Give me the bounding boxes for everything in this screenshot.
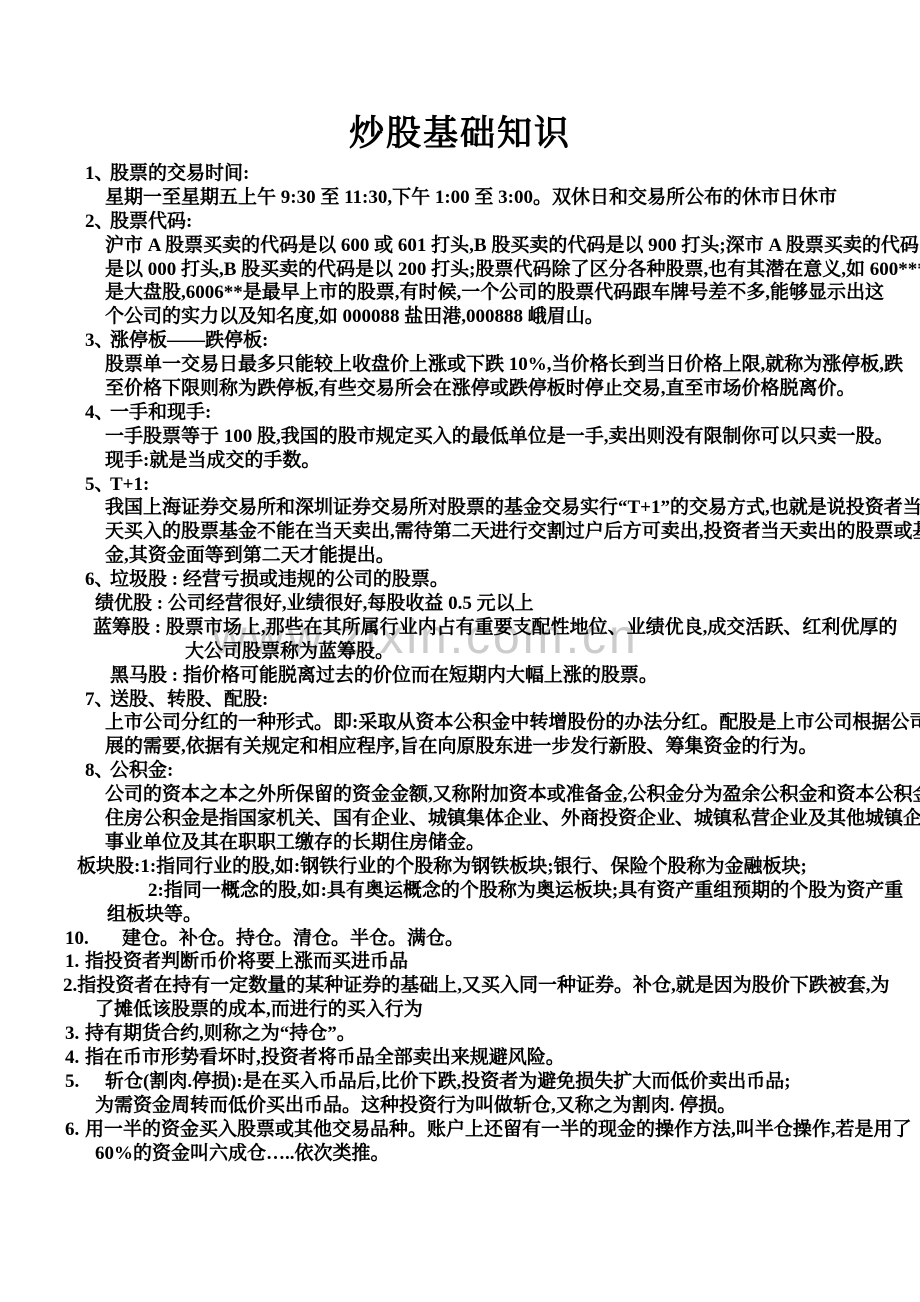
doc-line: 金,其资金面等到第二天才能提出。	[105, 544, 900, 568]
doc-line: 至价格下限则称为跌停板,有些交易所会在涨停或跌停板时停止交易,直至市场价格脱离价…	[105, 377, 900, 401]
line-marker: 6、	[85, 568, 110, 592]
doc-content: 1、股票的交易时间:星期一至星期五上午 9:30 至 11:30,下午 1:00…	[62, 162, 900, 1165]
doc-line: 大公司股票称为蓝筹股。	[185, 640, 900, 664]
doc-line: 公司的资本之本之外所保留的资金金额,又称附加资本或准备金,公积金分为盈余公积金和…	[105, 783, 900, 807]
doc-line: 是大盘股,6006**是最早上市的股票,有时候,一个公司的股票代码跟车牌号差不多…	[105, 281, 900, 305]
doc-line: 事业单位及其在职职工缴存的长期住房储金。	[105, 831, 900, 855]
line-text: 展的需要,依据有关规定和相应程序,旨在向原股东进一步发行新股、筹集资金的行为。	[105, 736, 818, 757]
line-text: 公司的资本之本之外所保留的资金金额,又称附加资本或准备金,公积金分为盈余公积金和…	[105, 784, 920, 805]
line-text: T+1:	[110, 474, 149, 495]
doc-line: 6、垃圾股 : 经营亏损或违规的公司的股票。	[85, 568, 900, 592]
line-text: 股票代码:	[110, 211, 192, 232]
line-text: 蓝筹股 : 股票市场上,那些在其所属行业内占有重要支配性地位、业绩优良,成交活跃…	[93, 617, 897, 638]
line-text: 股票的交易时间:	[110, 163, 249, 184]
line-text: 星期一至星期五上午 9:30 至 11:30,下午 1:00 至 3:00。双休…	[105, 187, 837, 208]
doc-line: 60%的资金叫六成仓…..依次类推。	[95, 1142, 900, 1166]
line-text: 送股、转股、配股:	[110, 689, 268, 710]
doc-line: 了摊低该股票的成本,而进行的买入行为	[95, 998, 900, 1022]
line-text: 一手股票等于 100 股,我国的股市规定买入的最低单位是一手,卖出则没有限制你可…	[105, 426, 894, 447]
doc-line: 5、T+1:	[85, 473, 900, 497]
line-marker: 4.	[65, 1046, 85, 1070]
line-marker: 3、	[85, 329, 110, 353]
line-text: 公积金:	[110, 760, 173, 781]
doc-line: 展的需要,依据有关规定和相应程序,旨在向原股东进一步发行新股、筹集资金的行为。	[105, 735, 900, 759]
line-text: 指在币市形势看坏时,投资者将币品全部卖出来规避风险。	[85, 1047, 565, 1068]
line-text: 上市公司分红的一种形式。即:采取从资本公积金中转增股份的办法分红。配股是上市公司…	[105, 712, 920, 733]
doc-line: 是以 000 打头,B 股买卖的代码是以 200 打头;股票代码除了区分各种股票…	[105, 258, 900, 282]
line-text: 我国上海证券交易所和深圳证券交易所对股票的基金交易实行“T+1”的交易方式,也就…	[105, 497, 920, 518]
doc-line: 3.持有期货合约,则称之为“持仓”。	[65, 1022, 900, 1046]
line-text: 板块股:1:指同行业的股,如:钢铁行业的个股称为钢铁板块;银行、保险个股称为金融…	[77, 856, 807, 877]
doc-line: 为需资金周转而低价买出币品。这种投资行为叫做斩仓,又称之为割肉. 停损。	[95, 1094, 900, 1118]
line-marker: 2、	[85, 210, 110, 234]
line-text: 沪市 A 股票买卖的代码是以 600 或 601 打头,B 股买卖的代码是以 9…	[105, 235, 919, 256]
line-text: 2.指投资者在持有一定数量的某种证券的基础上,又买入同一种证券。补仓,就是因为股…	[63, 975, 890, 996]
line-text: 绩优股 : 公司经营很好,业绩很好,每股收益 0.5 元以上	[95, 593, 534, 614]
doc-line: 5.斩仓(割肉.停损):是在买入币品后,比价下跌,投资者为避免损失扩大而低价卖出…	[65, 1070, 900, 1094]
doc-line: 我国上海证券交易所和深圳证券交易所对股票的基金交易实行“T+1”的交易方式,也就…	[105, 496, 900, 520]
doc-line: 6.用一半的资金买入股票或其他交易品种。账户上还留有一半的现金的操作方法,叫半仓…	[65, 1118, 900, 1142]
doc-line: 3、涨停板——跌停板:	[85, 329, 900, 353]
doc-line: 蓝筹股 : 股票市场上,那些在其所属行业内占有重要支配性地位、业绩优良,成交活跃…	[93, 616, 900, 640]
line-text: 黑马股 : 指价格可能脱离过去的价位而在短期内大幅上涨的股票。	[110, 665, 658, 686]
document-page: 炒股基础知识 www.zixin.com.cn 1、股票的交易时间:星期一至星期…	[0, 0, 920, 1302]
doc-line: 绩优股 : 公司经营很好,业绩很好,每股收益 0.5 元以上	[95, 592, 900, 616]
doc-line: 股票单一交易日最多只能较上收盘价上涨或下跌 10%,当价格长到当日价格上限,就称…	[105, 353, 900, 377]
line-text: 股票单一交易日最多只能较上收盘价上涨或下跌 10%,当价格长到当日价格上限,就称…	[105, 354, 903, 375]
doc-line: 2、股票代码:	[85, 210, 900, 234]
line-text: 斩仓(割肉.停损):是在买入币品后,比价下跌,投资者为避免损失扩大而低价卖出币品…	[105, 1071, 791, 1092]
line-text: 组板块等。	[107, 904, 202, 925]
line-marker: 5、	[85, 473, 110, 497]
line-text: 是大盘股,6006**是最早上市的股票,有时候,一个公司的股票代码跟车牌号差不多…	[105, 282, 884, 303]
line-text: 天买入的股票基金不能在当天卖出,需待第二天进行交割过户后方可卖出,投资者当天卖出…	[105, 521, 920, 542]
line-text: 指投资者判断币价将要上涨而买进币品	[85, 951, 408, 972]
line-marker: 6.	[65, 1118, 85, 1142]
line-text: 垃圾股 : 经营亏损或违规的公司的股票。	[110, 569, 449, 590]
line-text: 为需资金周转而低价买出币品。这种投资行为叫做斩仓,又称之为割肉. 停损。	[95, 1095, 736, 1116]
doc-line: 星期一至星期五上午 9:30 至 11:30,下午 1:00 至 3:00。双休…	[105, 186, 900, 210]
line-text: 大公司股票称为蓝筹股。	[185, 641, 394, 662]
line-text: 住房公积金是指国家机关、国有企业、城镇集体企业、外商投资企业、城镇私营企业及其他…	[105, 808, 920, 829]
line-text: 金,其资金面等到第二天才能提出。	[105, 545, 395, 566]
line-text: 了摊低该股票的成本,而进行的买入行为	[95, 999, 423, 1020]
line-text: 60%的资金叫六成仓…..依次类推。	[95, 1143, 390, 1164]
line-marker: 3.	[65, 1022, 85, 1046]
doc-line: 天买入的股票基金不能在当天卖出,需待第二天进行交割过户后方可卖出,投资者当天卖出…	[105, 520, 900, 544]
doc-title: 炒股基础知识	[0, 106, 920, 156]
doc-line: 沪市 A 股票买卖的代码是以 600 或 601 打头,B 股买卖的代码是以 9…	[105, 234, 900, 258]
doc-line: 组板块等。	[107, 903, 900, 927]
line-text: 2:指同一概念的股,如:具有奥运概念的个股称为奥运板块;具有资产重组预期的个股为…	[148, 880, 903, 901]
doc-line: 现手:就是当成交的手数。	[105, 449, 900, 473]
doc-line: 住房公积金是指国家机关、国有企业、城镇集体企业、外商投资企业、城镇私营企业及其他…	[105, 807, 900, 831]
doc-line: 1、股票的交易时间:	[85, 162, 900, 186]
doc-line: 1.指投资者判断币价将要上涨而买进币品	[65, 950, 900, 974]
doc-line: 4、一手和现手:	[85, 401, 900, 425]
line-text: 持有期货合约,则称之为“持仓”。	[85, 1023, 356, 1044]
doc-line: 个公司的实力以及知名度,如 000088 盐田港,000888 峨眉山。	[105, 305, 900, 329]
doc-line: 2:指同一概念的股,如:具有奥运概念的个股称为奥运板块;具有资产重组预期的个股为…	[148, 879, 900, 903]
line-text: 涨停板——跌停板:	[110, 330, 268, 351]
doc-line: 一手股票等于 100 股,我国的股市规定买入的最低单位是一手,卖出则没有限制你可…	[105, 425, 900, 449]
line-text: 建仓。补仓。持仓。清仓。半仓。满仓。	[122, 928, 464, 949]
line-text: 一手和现手:	[110, 402, 211, 423]
doc-line: 板块股:1:指同行业的股,如:钢铁行业的个股称为钢铁板块;银行、保险个股称为金融…	[77, 855, 900, 879]
line-marker: 5.	[65, 1070, 105, 1094]
line-marker: 1、	[85, 162, 110, 186]
line-marker: 8、	[85, 759, 110, 783]
line-text: 是以 000 打头,B 股买卖的代码是以 200 打头;股票代码除了区分各种股票…	[105, 259, 920, 280]
line-marker: 4、	[85, 401, 110, 425]
line-marker: 1.	[65, 950, 85, 974]
doc-line: 10.建仓。补仓。持仓。清仓。半仓。满仓。	[65, 927, 900, 951]
line-text: 现手:就是当成交的手数。	[105, 450, 320, 471]
doc-line: 4.指在币市形势看坏时,投资者将币品全部卖出来规避风险。	[65, 1046, 900, 1070]
line-text: 用一半的资金买入股票或其他交易品种。账户上还留有一半的现金的操作方法,叫半仓操作…	[85, 1119, 912, 1140]
line-marker: 7、	[85, 688, 110, 712]
doc-line: 上市公司分红的一种形式。即:采取从资本公积金中转增股份的办法分红。配股是上市公司…	[105, 711, 900, 735]
line-text: 个公司的实力以及知名度,如 000088 盐田港,000888 峨眉山。	[105, 306, 604, 327]
line-text: 至价格下限则称为跌停板,有些交易所会在涨停或跌停板时停止交易,直至市场价格脱离价…	[105, 378, 856, 399]
doc-line: 2.指投资者在持有一定数量的某种证券的基础上,又买入同一种证券。补仓,就是因为股…	[63, 974, 900, 998]
doc-line: 7、送股、转股、配股:	[85, 688, 900, 712]
line-marker: 10.	[65, 927, 122, 951]
doc-line: 8、公积金:	[85, 759, 900, 783]
line-text: 事业单位及其在职职工缴存的长期住房储金。	[105, 832, 485, 853]
doc-line: 黑马股 : 指价格可能脱离过去的价位而在短期内大幅上涨的股票。	[110, 664, 900, 688]
